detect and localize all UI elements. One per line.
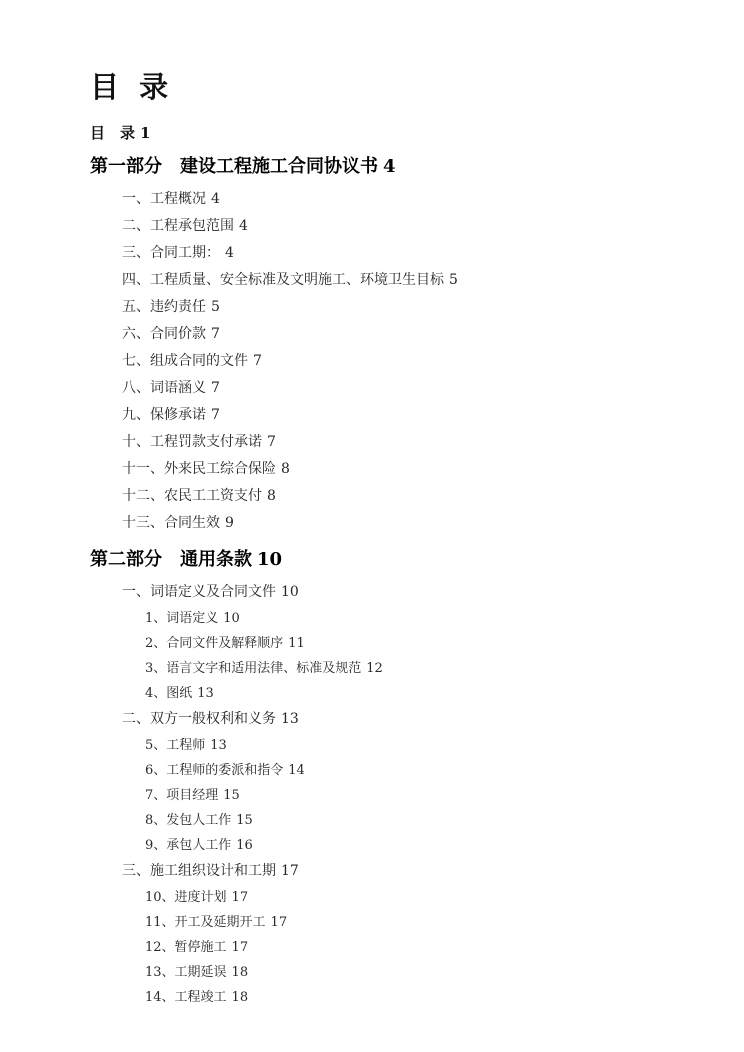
toc-entry-page-number: 17 [281,863,299,879]
toc-entry-text: 三、合同工期： [122,245,220,261]
toc-list: 目 录1第一部分 建设工程施工合同协议书4一、工程概况4二、工程承包范围4三、合… [90,122,704,1010]
toc-entry-text: 9、承包人工作 [145,838,231,853]
toc-entry-text: 6、工程师的委派和指令 [145,763,283,778]
toc-entry-page-number: 17 [271,915,288,930]
toc-entry-page-number: 11 [288,636,305,651]
toc-entry-text: 2、合同文件及解释顺序 [145,636,283,651]
toc-entry-text: 三、施工组织设计和工期 [122,863,276,879]
toc-entry-page-number: 4 [239,218,248,234]
toc-entry-page-number: 15 [236,813,253,828]
toc-entry-text: 四、工程质量、安全标准及文明施工、环境卫生目标 [122,272,444,288]
toc-entry-text: 12、暂停施工 [145,940,227,955]
toc-entry-text: 十二、农民工工资支付 [122,488,262,504]
toc-entry-page-number: 13 [281,711,299,727]
toc-entry-page-number: 7 [211,380,220,396]
toc-entry-text: 1、词语定义 [145,611,218,626]
toc-entry: 第二部分 通用条款10 [90,547,704,573]
toc-entry-page-number: 7 [211,407,220,423]
toc-entry: 1、词语定义10 [145,606,704,631]
toc-entry: 5、工程师13 [145,733,704,758]
toc-entry: 第一部分 建设工程施工合同协议书4 [90,154,704,180]
toc-entry: 十一、外来民工综合保险8 [122,456,704,483]
toc-entry: 五、违约责任5 [122,294,704,321]
toc-entry-page-number: 4 [211,191,220,207]
toc-entry-text: 5、工程师 [145,738,205,753]
toc-entry: 三、施工组织设计和工期17 [122,858,704,885]
toc-entry-page-number: 15 [223,788,240,803]
toc-entry-page-number: 17 [232,890,249,905]
toc-entry: 9、承包人工作16 [145,833,704,858]
toc-entry: 7、项目经理15 [145,783,704,808]
toc-entry-text: 二、双方一般权利和义务 [122,711,276,727]
toc-entry: 十三、合同生效9 [122,510,704,537]
toc-entry: 10、进度计划17 [145,885,704,910]
toc-entry-text: 七、组成合同的文件 [122,353,248,369]
toc-entry-text: 4、图纸 [145,686,192,701]
toc-entry: 八、词语涵义7 [122,375,704,402]
toc-entry: 二、双方一般权利和义务13 [122,706,704,733]
toc-entry-page-number: 7 [211,326,220,342]
toc-entry: 六、合同价款7 [122,321,704,348]
toc-entry: 七、组成合同的文件7 [122,348,704,375]
toc-entry-page-number: 18 [232,965,249,980]
toc-entry-text: 一、工程概况 [122,191,206,207]
toc-entry-text: 8、发包人工作 [145,813,231,828]
toc-entry-page-number: 5 [449,272,458,288]
toc-entry-page-number: 14 [288,763,305,778]
document-page: 目 录 目 录1第一部分 建设工程施工合同协议书4一、工程概况4二、工程承包范围… [0,0,744,1052]
toc-entry-page-number: 13 [210,738,227,753]
toc-entry: 十、工程罚款支付承诺7 [122,429,704,456]
toc-entry-text: 二、工程承包范围 [122,218,234,234]
toc-entry: 十二、农民工工资支付8 [122,483,704,510]
toc-entry: 一、工程概况4 [122,186,704,213]
toc-entry-page-number: 7 [253,353,262,369]
toc-entry-text: 八、词语涵义 [122,380,206,396]
toc-entry-page-number: 10 [223,611,240,626]
toc-entry-page-number: 16 [236,838,253,853]
toc-entry: 3、语言文字和适用法律、标准及规范12 [145,656,704,681]
toc-entry-page-number: 13 [197,686,214,701]
toc-entry: 2、合同文件及解释顺序11 [145,631,704,656]
toc-entry: 一、词语定义及合同文件10 [122,579,704,606]
toc-entry-text: 第二部分 通用条款 [90,549,252,570]
toc-entry: 13、工期延误18 [145,960,704,985]
toc-entry-page-number: 10 [281,584,299,600]
toc-entry-page-number: 1 [140,124,150,142]
toc-entry: 11、开工及延期开工17 [145,910,704,935]
toc-entry-page-number: 8 [281,461,290,477]
toc-entry-text: 一、词语定义及合同文件 [122,584,276,600]
toc-entry-text: 五、违约责任 [122,299,206,315]
toc-entry: 目 录1 [90,122,704,144]
toc-entry: 8、发包人工作15 [145,808,704,833]
toc-entry-page-number: 10 [257,549,282,570]
toc-entry-text: 十一、外来民工综合保险 [122,461,276,477]
toc-entry-text: 10、进度计划 [145,890,227,905]
toc-entry-page-number: 17 [232,940,249,955]
toc-entry-page-number: 5 [211,299,220,315]
page-title: 目 录 [90,70,704,104]
toc-entry-text: 7、项目经理 [145,788,218,803]
toc-entry-page-number: 18 [232,990,249,1005]
toc-entry-text: 十三、合同生效 [122,515,220,531]
toc-entry-text: 14、工程竣工 [145,990,227,1005]
toc-entry: 12、暂停施工17 [145,935,704,960]
toc-entry-text: 六、合同价款 [122,326,206,342]
toc-entry: 6、工程师的委派和指令14 [145,758,704,783]
toc-entry-page-number: 4 [383,156,396,177]
toc-entry: 三、合同工期：4 [122,240,704,267]
toc-entry: 14、工程竣工18 [145,985,704,1010]
toc-entry-page-number: 8 [267,488,276,504]
toc-entry-text: 3、语言文字和适用法律、标准及规范 [145,661,361,676]
toc-entry: 4、图纸13 [145,681,704,706]
toc-entry: 二、工程承包范围4 [122,213,704,240]
toc-entry-text: 11、开工及延期开工 [145,915,266,930]
toc-entry: 四、工程质量、安全标准及文明施工、环境卫生目标5 [122,267,704,294]
toc-entry-page-number: 12 [366,661,383,676]
toc-entry-page-number: 7 [267,434,276,450]
toc-entry-text: 13、工期延误 [145,965,227,980]
toc-entry-text: 九、保修承诺 [122,407,206,423]
toc-entry-text: 目 录 [90,124,135,142]
toc-entry: 九、保修承诺7 [122,402,704,429]
toc-entry-text: 第一部分 建设工程施工合同协议书 [90,156,378,177]
toc-entry-page-number: 4 [225,245,234,261]
toc-entry-text: 十、工程罚款支付承诺 [122,434,262,450]
toc-entry-page-number: 9 [225,515,234,531]
